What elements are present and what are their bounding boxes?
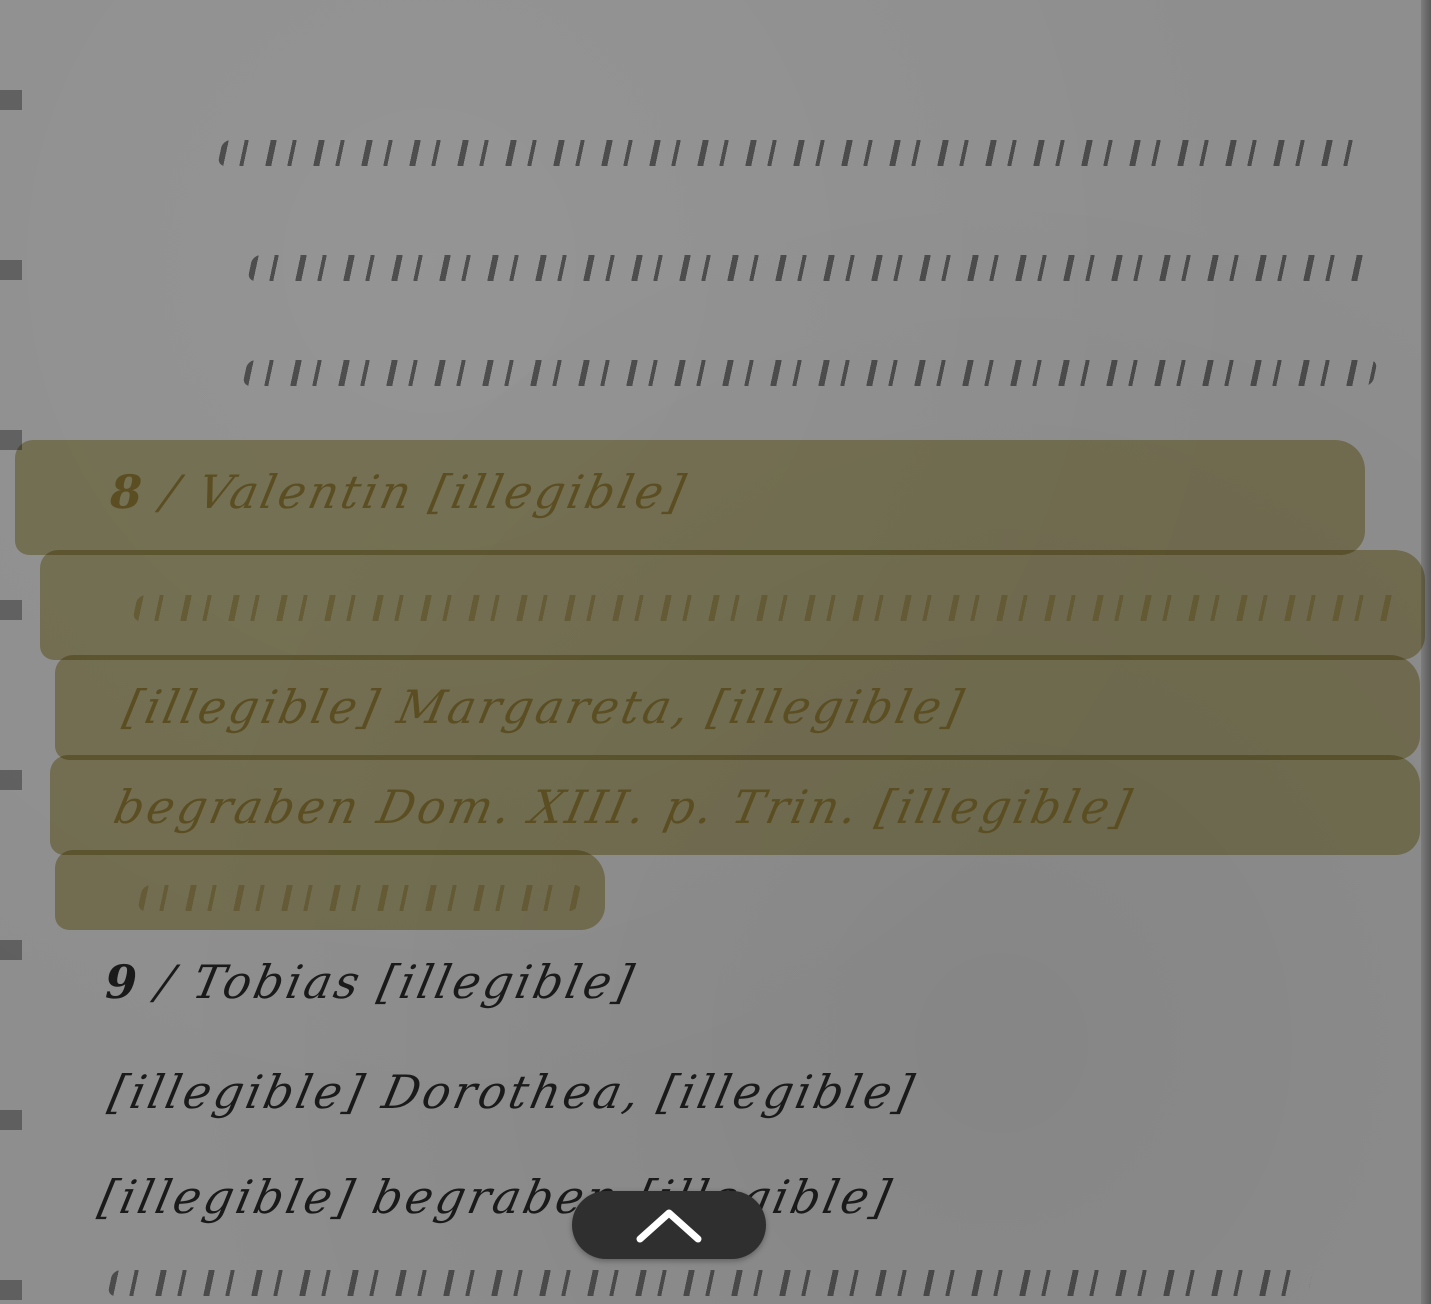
entry-text: Valentin [illegible]: [193, 465, 693, 519]
entry-text: [illegible] Dorothea, [illegible]: [104, 1065, 921, 1119]
header-line: [217, 140, 1373, 166]
entry-9-line: [illegible] begraben [illegible]: [94, 1170, 898, 1224]
entry-8-line: begraben Dom. XIII. p. Trin. [illegible]: [109, 780, 1139, 834]
entry-8-line: [132, 595, 1408, 621]
scroll-up-button[interactable]: [572, 1191, 766, 1259]
entry-8-line: 8 / Valentin [illegible]: [104, 465, 692, 519]
entry-9-line: [illegible] Dorothea, [illegible]: [104, 1065, 921, 1119]
entry-text: begraben Dom. XIII. p. Trin. [illegible]: [109, 780, 1139, 834]
left-page-edge: [0, 0, 22, 1304]
entry-text: Tobias [illegible]: [188, 955, 641, 1009]
entry-9-line: [107, 1270, 1313, 1296]
chevron-up-icon: [634, 1205, 704, 1245]
right-page-edge: [1421, 0, 1431, 1304]
document-page: 8 / Valentin [illegible] [illegible] Mar…: [0, 0, 1431, 1304]
entry-8-line: [illegible] Margareta, [illegible]: [119, 680, 970, 734]
entry-number: 9: [99, 955, 145, 1009]
entry-text: [illegible] Margareta, [illegible]: [119, 680, 970, 734]
entry-9-line: 9 / Tobias [illegible]: [99, 955, 641, 1009]
entry-text: [illegible] begraben [illegible]: [94, 1170, 898, 1224]
header-line: [242, 360, 1378, 386]
header-line: [247, 255, 1373, 281]
entry-8-line: [137, 885, 583, 911]
